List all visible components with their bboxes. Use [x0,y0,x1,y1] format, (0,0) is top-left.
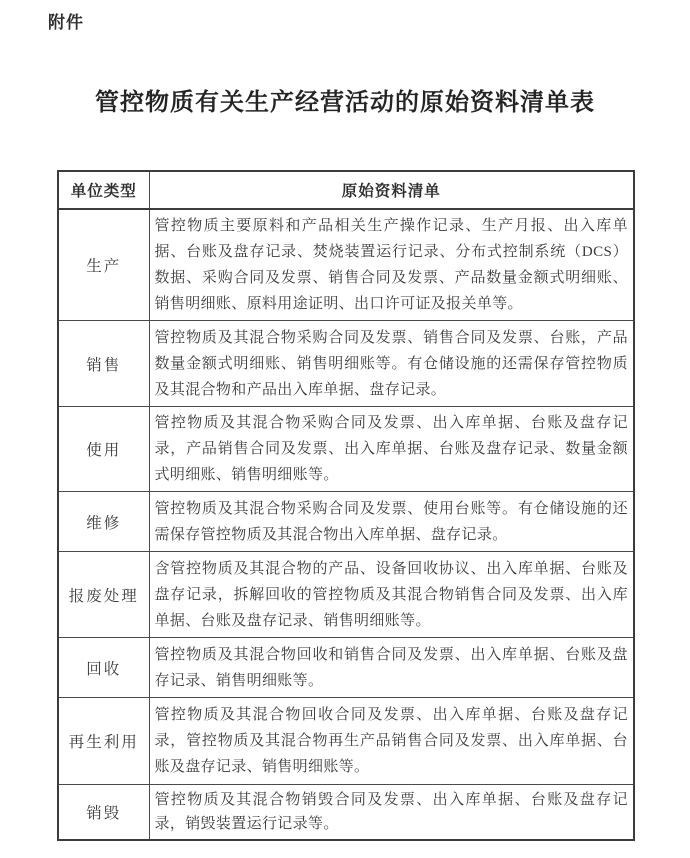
unit-type-cell: 维修 [58,492,149,552]
materials-cell: 管控物质及其混合物销毁合同及发票、出入库单据、台账及盘存记录，销毁装置运行记录等… [149,785,634,841]
table-row-scrap-disposal: 报废处理 含管控物质及其混合物的产品、设备回收协议、出入库单据、台账及盘存记录，… [58,552,634,638]
column-header-unit-type: 单位类型 [58,171,149,209]
materials-table: 单位类型 原始资料清单 生产 管控物质主要原料和产品相关生产操作记录、生产月报、… [57,170,635,841]
table-row-production: 生产 管控物质主要原料和产品相关生产操作记录、生产月报、出入库单据、台账及盘存记… [58,209,634,321]
materials-cell: 管控物质主要原料和产品相关生产操作记录、生产月报、出入库单据、台账及盘存记录、焚… [149,209,634,321]
unit-type-cell: 使用 [58,407,149,492]
unit-type-cell: 销售 [58,321,149,407]
unit-type-cell: 再生利用 [58,698,149,785]
unit-type-cell: 销毁 [58,785,149,841]
page-title: 管控物质有关生产经营活动的原始资料清单表 [0,82,690,117]
table-row-destruction: 销毁 管控物质及其混合物销毁合同及发票、出入库单据、台账及盘存记录，销毁装置运行… [58,785,634,841]
table-row-maintenance: 维修 管控物质及其混合物采购合同及发票、使用台账等。有仓储设施的还需保存管控物质… [58,492,634,552]
materials-cell: 含管控物质及其混合物的产品、设备回收协议、出入库单据、台账及盘存记录，拆解回收的… [149,552,634,638]
table-row-recycling: 回收 管控物质及其混合物回收和销售合同及发票、出入库单据、台账及盘存记录、销售明… [58,638,634,698]
materials-cell: 管控物质及其混合物采购合同及发票、销售合同及发票、台账，产品数量金额式明细账、销… [149,321,634,407]
unit-type-cell: 回收 [58,638,149,698]
materials-cell: 管控物质及其混合物采购合同及发票、出入库单据、台账及盘存记录，产品销售合同及发票… [149,407,634,492]
unit-type-cell: 报废处理 [58,552,149,638]
materials-cell: 管控物质及其混合物回收和销售合同及发票、出入库单据、台账及盘存记录、销售明细账等… [149,638,634,698]
materials-cell: 管控物质及其混合物回收合同及发票、出入库单据、台账及盘存记录，管控物质及其混合物… [149,698,634,785]
table-row-reuse: 再生利用 管控物质及其混合物回收合同及发票、出入库单据、台账及盘存记录，管控物质… [58,698,634,785]
table-row-use: 使用 管控物质及其混合物采购合同及发票、出入库单据、台账及盘存记录，产品销售合同… [58,407,634,492]
column-header-materials-list: 原始资料清单 [149,171,634,209]
table-row-sales: 销售 管控物质及其混合物采购合同及发票、销售合同及发票、台账，产品数量金额式明细… [58,321,634,407]
attachment-label: 附件 [48,8,84,33]
unit-type-cell: 生产 [58,209,149,321]
materials-cell: 管控物质及其混合物采购合同及发票、使用台账等。有仓储设施的还需保存管控物质及其混… [149,492,634,552]
table-header-row: 单位类型 原始资料清单 [58,171,634,209]
